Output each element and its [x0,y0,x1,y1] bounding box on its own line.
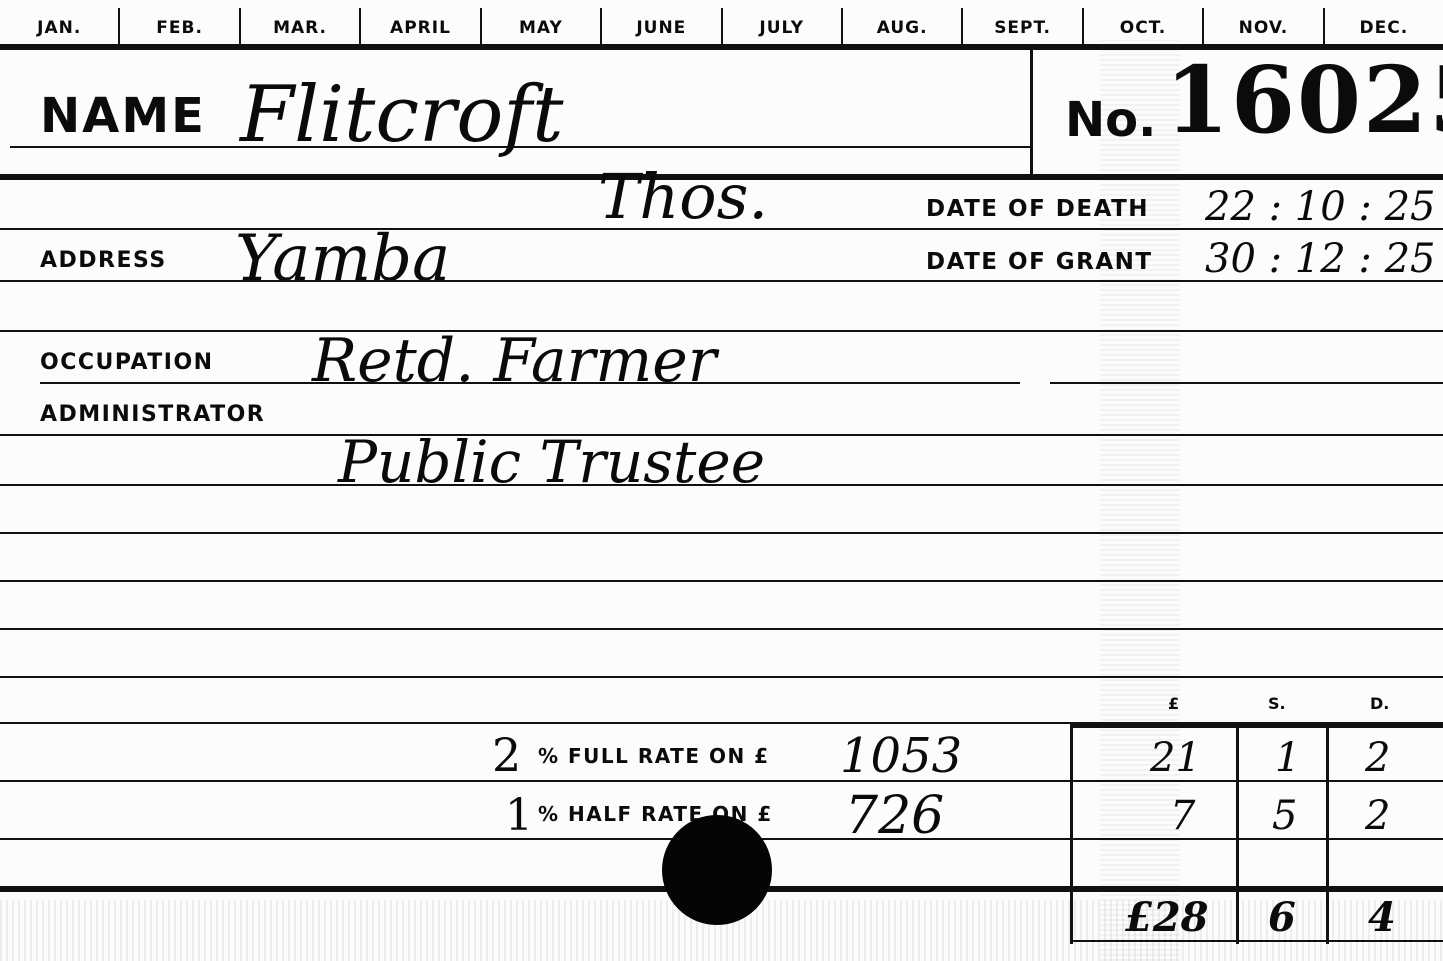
table-col-divider [1236,728,1239,944]
table-col-divider [1326,728,1329,944]
full-rate-pct: 2 [492,728,521,782]
occupation-value: Retd. Farmer [312,326,716,396]
occupation-label: OCCUPATION [40,350,214,375]
full-rate-label: % FULL RATE ON £ [538,744,770,768]
full-rate-pounds: 21 [1150,735,1201,781]
divider [0,280,1443,282]
month-header: JAN. FEB. MAR. APRIL MAY JUNE JULY AUG. … [0,8,1443,44]
shillings-header: S. [1268,694,1286,713]
total-pence: 4 [1368,894,1396,941]
month-jan: JAN. [0,8,120,44]
pounds-header: £ [1168,694,1179,713]
table-left-border [1070,722,1073,944]
month-feb: FEB. [120,8,240,44]
date-of-grant-value: 30 : 12 : 25 [1205,236,1436,282]
month-oct: OCT. [1084,8,1204,44]
date-of-grant-label: DATE OF GRANT [926,249,1153,275]
divider [0,722,1070,724]
divider [0,330,1443,332]
divider [0,580,1443,582]
date-of-death-value: 22 : 10 : 25 [1205,184,1436,230]
punch-hole [662,815,772,925]
table-bottom-border [1070,940,1443,942]
half-rate-pence: 2 [1365,793,1390,839]
number-label: No. [1065,92,1156,148]
full-rate-pence: 2 [1365,735,1390,781]
administrator-label: ADMINISTRATOR [40,402,265,427]
address-label: ADDRESS [40,248,167,273]
month-jul: JULY [723,8,843,44]
divider [0,780,1443,782]
probate-index-card: JAN. FEB. MAR. APRIL MAY JUNE JULY AUG. … [0,0,1443,961]
divider [1050,382,1443,384]
full-rate-amount: 1053 [840,728,962,784]
full-rate-shillings: 1 [1275,735,1300,781]
month-aug: AUG. [843,8,963,44]
divider [0,532,1443,534]
date-of-death-label: DATE OF DEATH [926,196,1149,222]
month-dec: DEC. [1325,8,1443,44]
record-number: 16025 [1165,40,1443,160]
total-pounds: £28 [1125,894,1209,941]
total-shillings: 6 [1268,894,1296,941]
divider [0,484,1443,486]
month-apr: APRIL [361,8,481,44]
divider [40,382,1020,384]
month-jun: JUNE [602,8,722,44]
half-rate-pct: 1 [505,790,533,841]
month-nov: NOV. [1204,8,1324,44]
divider [10,146,1030,148]
given-name-value: Thos. [598,160,768,233]
month-sep: SEPT. [963,8,1083,44]
month-may: MAY [482,8,602,44]
divider [0,676,1443,678]
address-value: Yamba [235,222,450,296]
name-label: NAME [40,88,206,144]
half-rate-pounds: 7 [1170,793,1195,839]
number-divider [1030,50,1033,175]
divider [0,628,1443,630]
half-rate-amount: 726 [845,786,944,846]
pence-header: D. [1370,694,1389,713]
half-rate-shillings: 5 [1272,793,1297,839]
table-top-border [1070,722,1443,728]
month-mar: MAR. [241,8,361,44]
divider [0,228,1443,230]
